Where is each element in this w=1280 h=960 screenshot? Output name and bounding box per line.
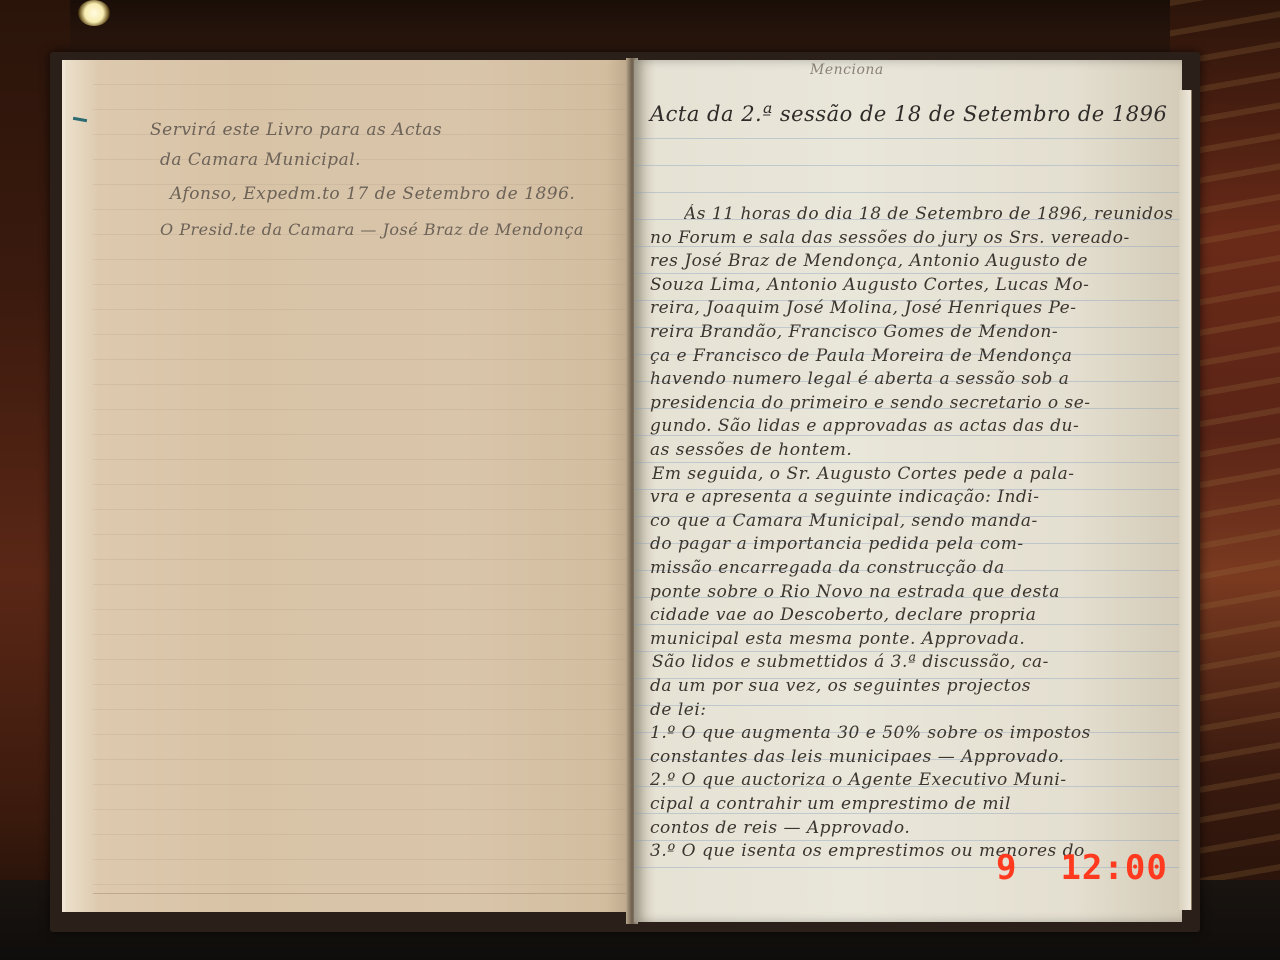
minutes-line: 1.º O que augmenta 30 e 50% sobre os imp…	[650, 723, 1170, 743]
minutes-line: gundo. São lidas e approvadas as actas d…	[650, 416, 1170, 436]
minutes-line: reira, Joaquim José Molina, José Henriqu…	[650, 298, 1170, 318]
timestamp-time: 12:00	[1060, 848, 1167, 888]
minutes-line: da um por sua vez, os seguintes projecto…	[650, 676, 1170, 696]
left-note-line: Afonso, Expedm.to 17 de Setembro de 1896…	[170, 184, 575, 204]
minutes-line: reira Brandão, Francisco Gomes de Mendon…	[650, 322, 1170, 342]
minutes-line: havendo numero legal é aberta a sessão s…	[650, 369, 1170, 389]
camera-timestamp: 9 12:00	[996, 848, 1168, 888]
header-mark: Menciona	[810, 62, 884, 78]
minutes-line: ça e Francisco de Paula Moreira de Mendo…	[650, 346, 1170, 366]
minutes-line: São lidos e submettidos á 3.ª discussão,…	[652, 652, 1172, 672]
minutes-line: missão encarregada da construcção da	[650, 558, 1170, 578]
minutes-line: contos de reis — Approvado.	[650, 818, 1170, 838]
minutes-line: do pagar a importancia pedida pela com-	[650, 534, 1170, 554]
margin-mark	[73, 117, 87, 122]
minutes-line: co que a Camara Municipal, sendo manda-	[650, 511, 1170, 531]
left-note-line: da Camara Municipal.	[160, 150, 361, 170]
minutes-line: cidade vae ao Descoberto, declare propri…	[650, 605, 1170, 625]
lamp-light	[78, 0, 110, 26]
minutes-line: 2.º O que auctoriza o Agente Executivo M…	[650, 770, 1170, 790]
left-note-line: Servirá este Livro para as Actas	[150, 120, 442, 140]
minutes-line: res José Braz de Mendonça, Antonio Augus…	[650, 251, 1170, 271]
timestamp-day: 9	[996, 848, 1017, 888]
minutes-line: constantes das leis municipaes — Approva…	[650, 747, 1170, 767]
minutes-line: ponte sobre o Rio Novo na estrada que de…	[650, 582, 1170, 602]
background-wall	[0, 0, 1280, 55]
left-note-signature: O Presid.te da Camara — José Braz de Men…	[160, 220, 584, 239]
minutes-line: de lei:	[650, 700, 1170, 720]
minutes-line: vra e apresenta a seguinte indicação: In…	[650, 487, 1170, 507]
minutes-line: as sessões de hontem.	[650, 440, 1170, 460]
minutes-line: Em seguida, o Sr. Augusto Cortes pede a …	[652, 464, 1172, 484]
minutes-line: Souza Lima, Antonio Augusto Cortes, Luca…	[650, 275, 1170, 295]
minutes-line: Ás 11 horas do dia 18 de Setembro de 189…	[684, 204, 1204, 224]
minutes-line: cipal a contrahir um emprestimo de mil	[650, 794, 1170, 814]
minutes-line: presidencia do primeiro e sendo secretar…	[650, 393, 1170, 413]
minutes-title: Acta da 2.ª sessão de 18 de Setembro de …	[650, 102, 1167, 126]
minutes-line: no Forum e sala das sessões do jury os S…	[650, 228, 1170, 248]
minutes-line: municipal esta mesma ponte. Approvada.	[650, 629, 1170, 649]
